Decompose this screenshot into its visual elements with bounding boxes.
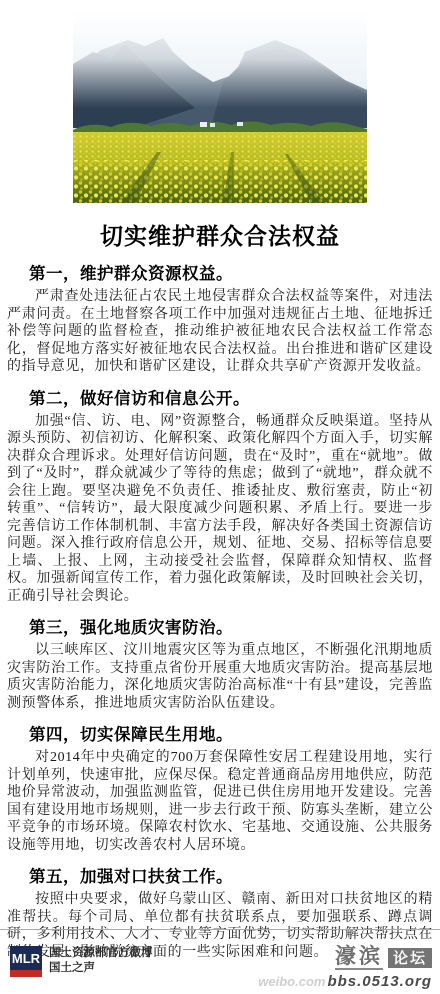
mlr-logo-icon: MLR — [10, 946, 42, 977]
forum-url: bbs.0513.org — [327, 973, 432, 990]
section-3-body: 以三峡库区、汶川地震灾区等为重点地区，不断强化汛期地质灾害防治工作。支持重点省份… — [7, 642, 433, 712]
mlr-org-line2: 国土之声 — [49, 961, 153, 976]
page-title: 切实维护群众合法权益 — [0, 218, 440, 251]
section-4-heading: 第四，切实保障民生用地。 — [29, 721, 433, 745]
forum-watermark-url-row: weibo.combbs.0513.org — [258, 974, 432, 990]
forum-suffix-badge: 论坛 — [388, 948, 432, 968]
forum-name: 濠滨 — [335, 946, 383, 970]
photo-house — [237, 122, 243, 126]
article-content: 第一，维护群众资源权益。 严肃查处违法征占农民土地侵害群众合法权益等案件，对违法… — [0, 260, 440, 961]
photo-house — [210, 123, 215, 127]
forum-watermark-name-row: 濠滨 论坛 — [258, 946, 432, 970]
section-1-body: 严肃查处违法征占农民土地侵害群众合法权益等案件，对违法严肃问责。在土地督察各项工… — [7, 288, 433, 376]
mlr-branding: MLR 国土资源部官方微博 国土之声 — [10, 946, 153, 977]
section-2-heading: 第二，做好信访和信息公开。 — [29, 385, 433, 409]
mlr-logo-label: MLR — [10, 946, 42, 970]
weibo-faint-watermark: weibo.com — [258, 974, 325, 989]
mlr-org-text: 国土资源部官方微博 国土之声 — [49, 946, 153, 975]
article-page: 切实维护群众合法权益 第一，维护群众资源权益。 严肃查处违法征占农民土地侵害群众… — [0, 0, 440, 994]
section-1-heading: 第一，维护群众资源权益。 — [29, 260, 433, 284]
forum-watermark: 濠滨 论坛 weibo.combbs.0513.org — [258, 946, 432, 990]
mlr-logo-red-strip — [10, 970, 42, 977]
header-photo — [73, 10, 367, 203]
section-4-body: 对2014年中央确定的700万套保障性安居工程建设用地，实行计划单列，快速审批，… — [7, 749, 433, 854]
mlr-org-line1: 国土资源部官方微博 — [49, 946, 153, 961]
section-3-heading: 第三，强化地质灾害防治。 — [29, 614, 433, 638]
photo-mist — [73, 10, 367, 108]
footer: MLR 国土资源部官方微博 国土之声 濠滨 论坛 weibo.combbs.05… — [0, 929, 440, 994]
section-5-heading: 第五，加强对口扶贫工作。 — [29, 863, 433, 887]
photo-house — [200, 122, 207, 127]
section-2-body: 加强“信、访、电、网”资源整合，畅通群众反映渠道。坚持从源头预防、初信初访、化解… — [7, 413, 433, 606]
